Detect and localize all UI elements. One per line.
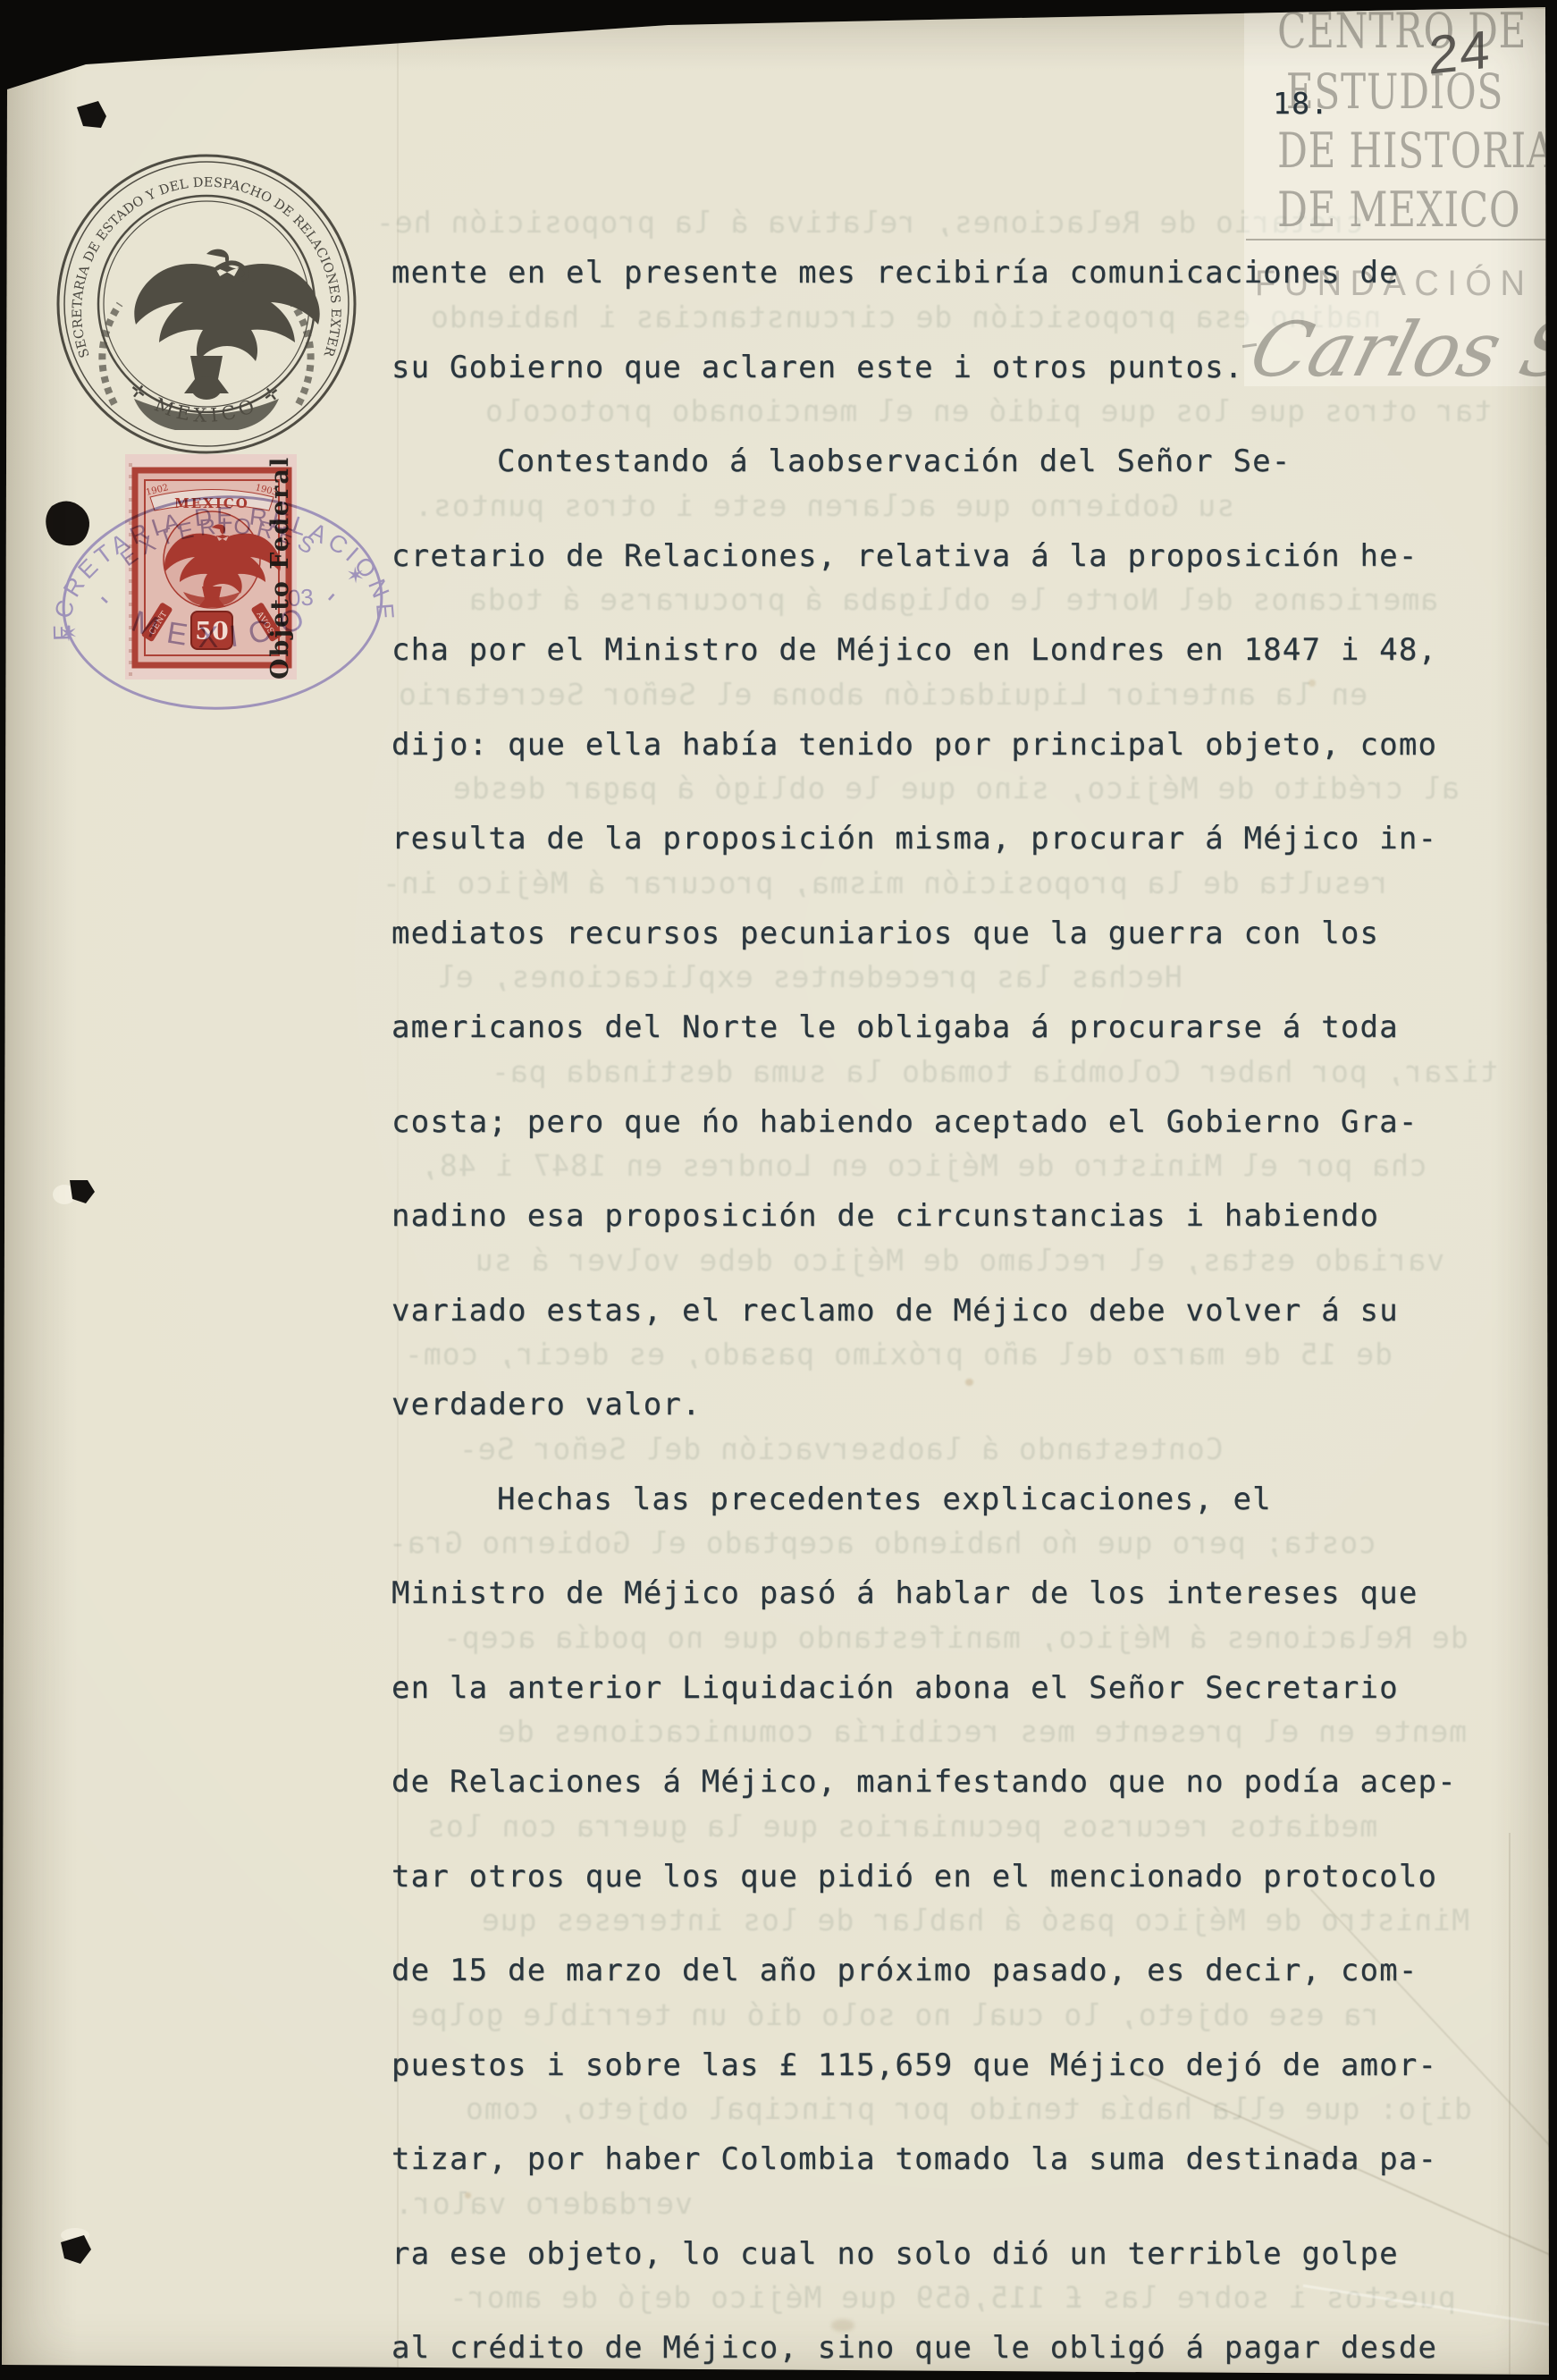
document-page: cretario de Relaciones, relativa á la pr… xyxy=(0,0,1557,2380)
binder-holes xyxy=(46,101,106,2264)
handwritten-folio-number: 24 xyxy=(1428,18,1491,87)
stamps-and-seal-overlay: SECRETARIA DE ESTADO Y DEL DESPACHO DE R… xyxy=(0,0,1557,2380)
oval-date-fragment: 03 xyxy=(287,584,314,612)
ink-blob xyxy=(46,501,89,545)
official-seal: SECRETARIA DE ESTADO Y DEL DESPACHO DE R… xyxy=(0,0,355,452)
punch-hole-top xyxy=(77,101,106,128)
oval-star-left-icon: ✶ xyxy=(60,617,78,649)
oval-star-right-icon: ✶ xyxy=(347,559,365,591)
corner-fold xyxy=(2,38,98,68)
